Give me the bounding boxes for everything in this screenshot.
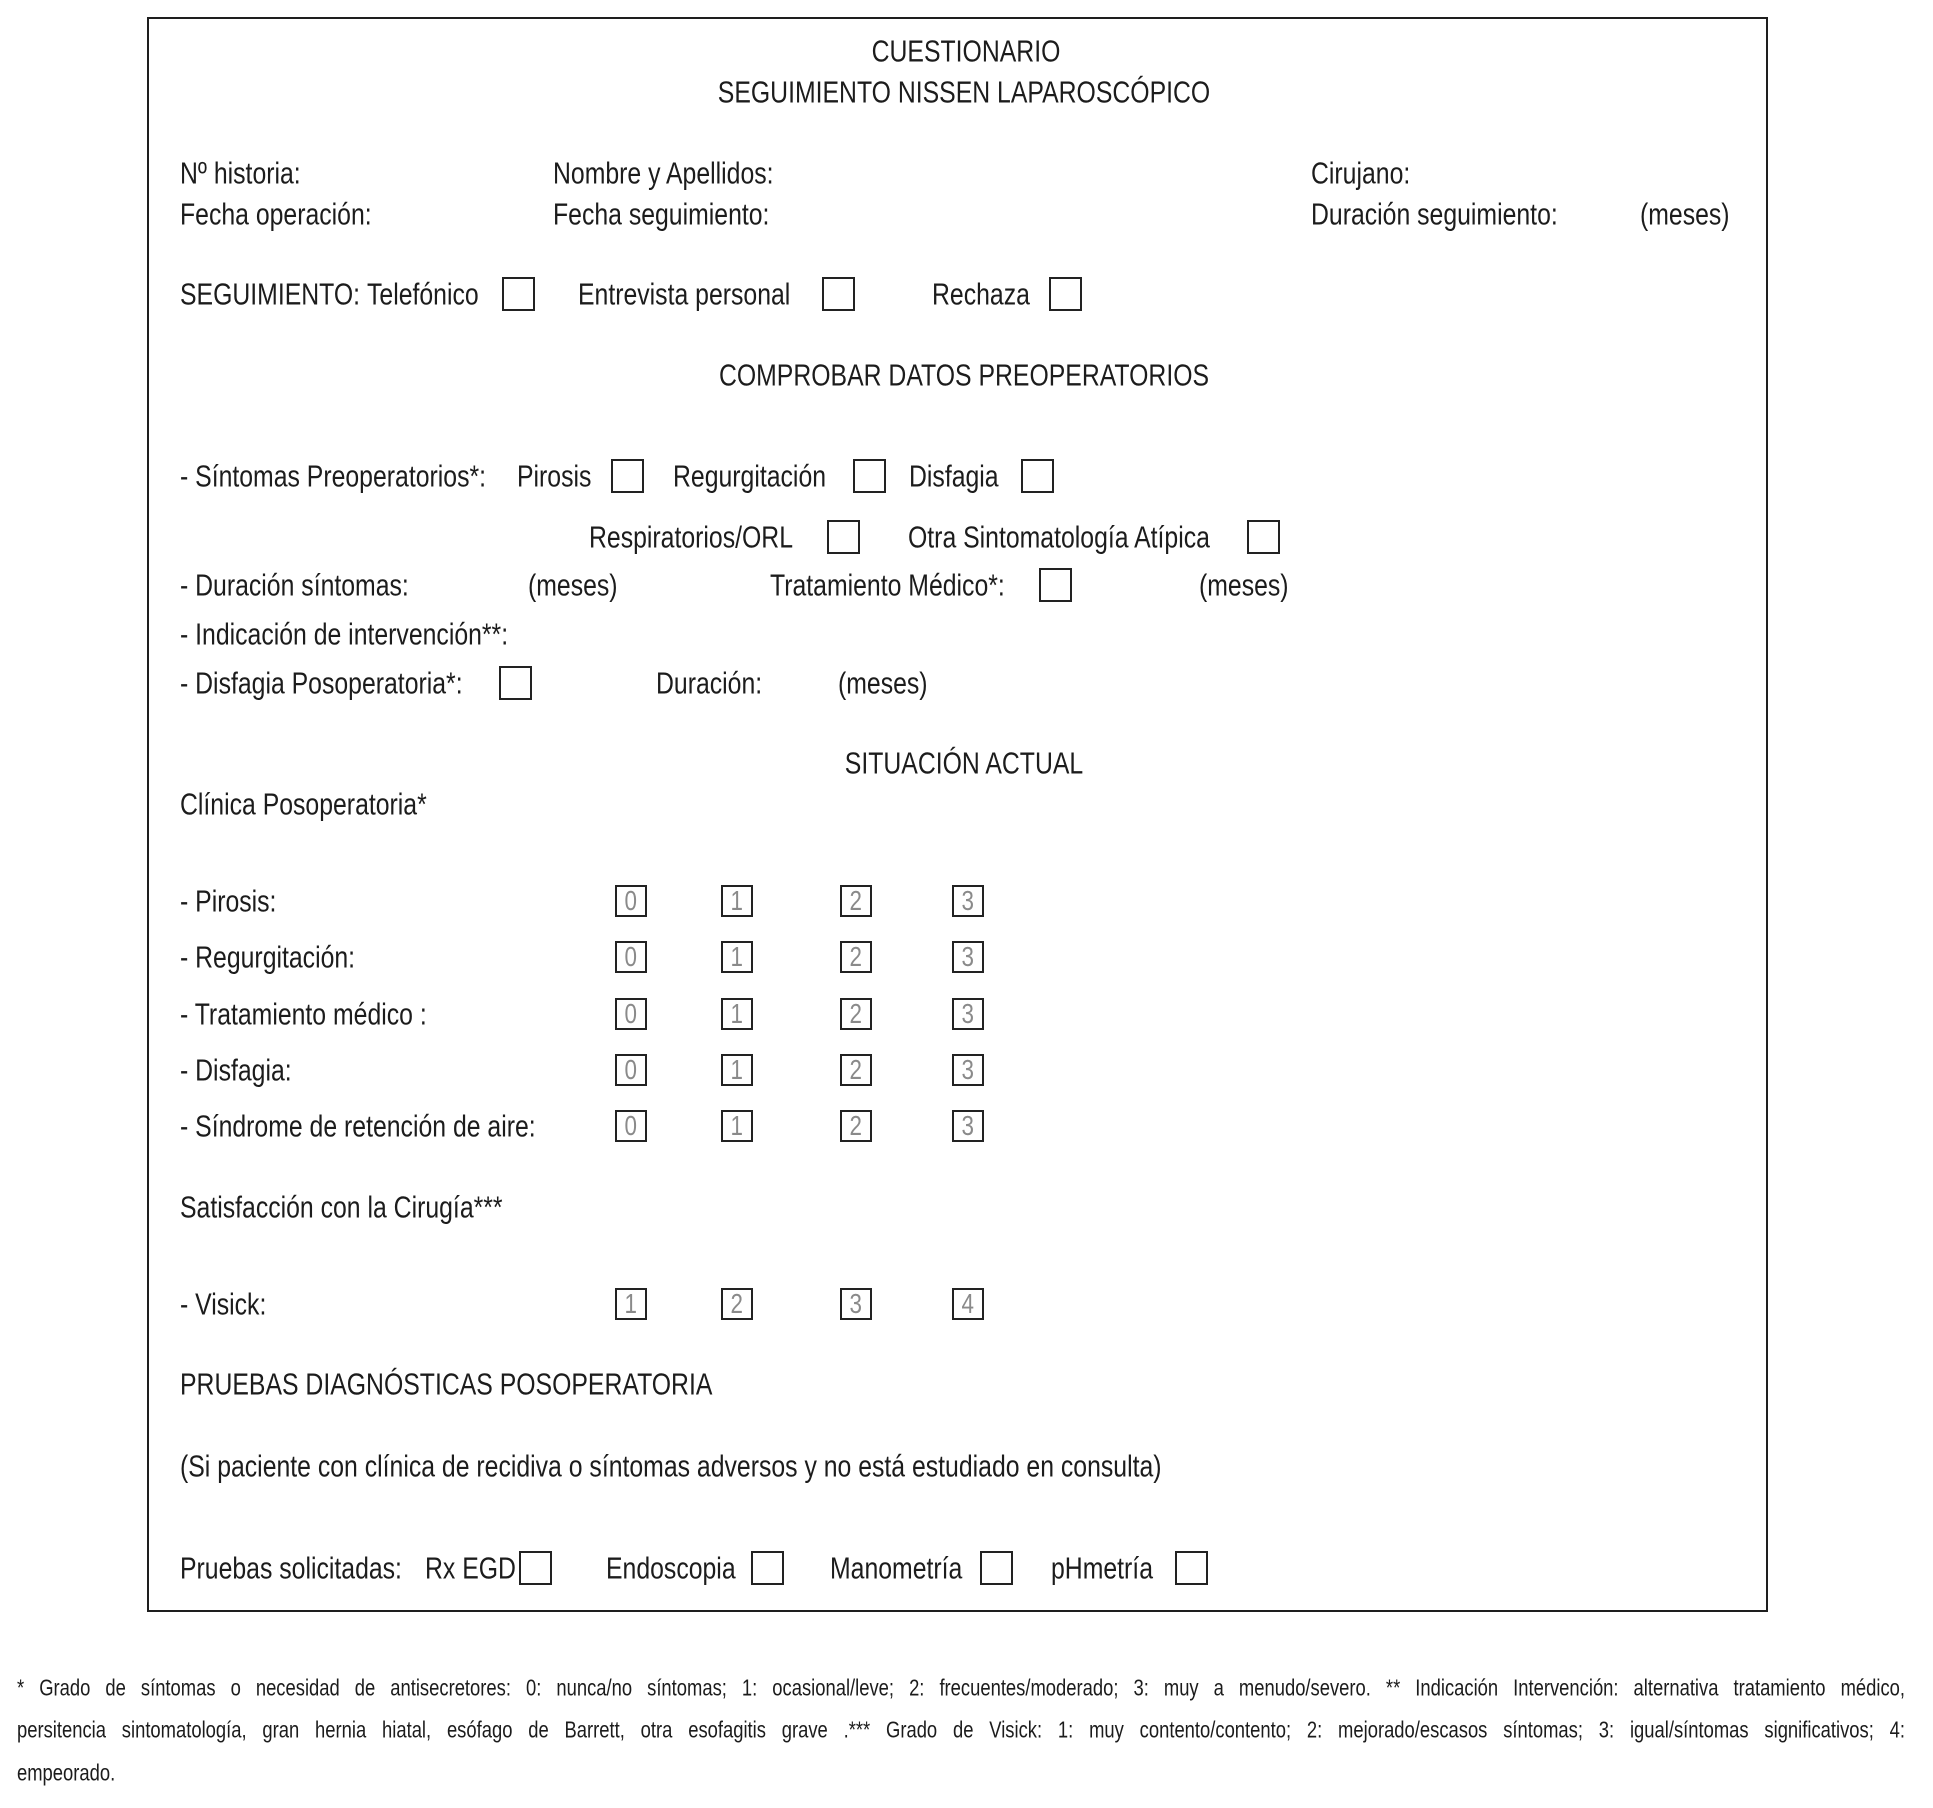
- telefonico-checkbox[interactable]: [502, 277, 535, 311]
- visick-option-box[interactable]: 1: [615, 1288, 647, 1320]
- fecha-operacion-label: Fecha operación:: [180, 199, 372, 230]
- visick-label: - Visick:: [180, 1289, 266, 1320]
- score-option-box[interactable]: 0: [615, 1110, 647, 1142]
- score-option-value: 2: [850, 1056, 862, 1084]
- sintomas-preop-label: - Síntomas Preoperatorios*:: [180, 461, 486, 492]
- score-option-box[interactable]: 0: [615, 998, 647, 1030]
- score-option-box[interactable]: 3: [952, 885, 984, 917]
- form-subtitle: SEGUIMIENTO NISSEN LAPAROSCÓPICO: [718, 77, 1210, 108]
- score-option-box[interactable]: 1: [721, 1054, 753, 1086]
- duracion-sintomas-units: (meses): [528, 570, 618, 601]
- footnote-line-1: * Grado de síntomas o necesidad de antis…: [17, 1677, 1905, 1700]
- score-option-value: 3: [962, 1112, 974, 1140]
- entrevista-label: Entrevista personal: [578, 279, 790, 310]
- score-option-box[interactable]: 3: [952, 1054, 984, 1086]
- seguimiento-label: SEGUIMIENTO:: [180, 279, 360, 310]
- visick-option-box[interactable]: 4: [952, 1288, 984, 1320]
- score-option-value: 1: [731, 1056, 743, 1084]
- score-option-box[interactable]: 2: [840, 1110, 872, 1142]
- score-option-box[interactable]: 2: [840, 941, 872, 973]
- pruebas-heading: PRUEBAS DIAGNÓSTICAS POSOPERATORIA: [180, 1369, 712, 1400]
- tratamiento-medico-label: Tratamiento Médico*:: [770, 570, 1005, 601]
- cirujano-label: Cirujano:: [1311, 158, 1410, 189]
- score-option-value: 2: [850, 1000, 862, 1028]
- score-row-label: - Síndrome de retención de aire:: [180, 1111, 536, 1142]
- pruebas-solicitadas-label: Pruebas solicitadas:: [180, 1553, 402, 1584]
- score-option-box[interactable]: 2: [840, 998, 872, 1030]
- score-option-value: 0: [625, 887, 637, 915]
- score-option-value: 3: [962, 1000, 974, 1028]
- score-option-value: 0: [625, 1112, 637, 1140]
- score-option-box[interactable]: 3: [952, 941, 984, 973]
- disfagia-posop-checkbox[interactable]: [499, 666, 532, 700]
- historia-label: Nº historia:: [180, 158, 301, 189]
- telefonico-label: Telefónico: [367, 279, 479, 310]
- score-option-box[interactable]: 0: [615, 941, 647, 973]
- score-option-box[interactable]: 1: [721, 885, 753, 917]
- endoscopia-checkbox[interactable]: [751, 1551, 784, 1585]
- duracion-units: (meses): [838, 668, 928, 699]
- atipica-checkbox[interactable]: [1247, 520, 1280, 554]
- preop-heading: COMPROBAR DATOS PREOPERATORIOS: [719, 360, 1209, 391]
- manometria-checkbox[interactable]: [980, 1551, 1013, 1585]
- score-option-box[interactable]: 0: [615, 1054, 647, 1086]
- score-option-box[interactable]: 2: [840, 885, 872, 917]
- visick-option-box[interactable]: 3: [840, 1288, 872, 1320]
- entrevista-checkbox[interactable]: [822, 277, 855, 311]
- score-option-value: 2: [850, 887, 862, 915]
- score-option-value: 0: [625, 1056, 637, 1084]
- phmetria-label: pHmetría: [1051, 1553, 1153, 1584]
- phmetria-checkbox[interactable]: [1175, 1551, 1208, 1585]
- duracion-seguimiento-label: Duración seguimiento:: [1311, 199, 1558, 230]
- regurgitacion-label: Regurgitación: [673, 461, 826, 492]
- score-option-value: 3: [962, 1056, 974, 1084]
- duracion-sintomas-label: - Duración síntomas:: [180, 570, 409, 601]
- score-option-box[interactable]: 1: [721, 998, 753, 1030]
- score-option-value: 1: [731, 887, 743, 915]
- score-option-value: 2: [850, 1112, 862, 1140]
- score-option-value: 0: [625, 943, 637, 971]
- situacion-heading: SITUACIÓN ACTUAL: [845, 748, 1083, 779]
- satisfaccion-heading: Satisfacción con la Cirugía***: [180, 1192, 503, 1223]
- respiratorios-checkbox[interactable]: [827, 520, 860, 554]
- visick-option-value: 2: [731, 1290, 743, 1318]
- score-option-box[interactable]: 3: [952, 1110, 984, 1142]
- score-option-box[interactable]: 1: [721, 1110, 753, 1142]
- score-row-label: - Regurgitación:: [180, 942, 355, 973]
- score-option-value: 3: [962, 943, 974, 971]
- rx-egd-label: Rx EGD: [425, 1553, 516, 1584]
- pirosis-label: Pirosis: [517, 461, 591, 492]
- duracion-seguimiento-units: (meses): [1640, 199, 1730, 230]
- score-option-box[interactable]: 1: [721, 941, 753, 973]
- disfagia-label: Disfagia: [909, 461, 999, 492]
- clinica-heading: Clínica Posoperatoria*: [180, 789, 427, 820]
- visick-option-box[interactable]: 2: [721, 1288, 753, 1320]
- pirosis-checkbox[interactable]: [611, 459, 644, 493]
- indicacion-label: - Indicación de intervención**:: [180, 619, 508, 650]
- rechaza-checkbox[interactable]: [1049, 277, 1082, 311]
- visick-option-value: 3: [850, 1290, 862, 1318]
- visick-option-value: 4: [962, 1290, 974, 1318]
- endoscopia-label: Endoscopia: [606, 1553, 736, 1584]
- score-option-value: 1: [731, 1112, 743, 1140]
- atipica-label: Otra Sintomatología Atípica: [908, 522, 1210, 553]
- rx-egd-checkbox[interactable]: [519, 1551, 552, 1585]
- nombre-label: Nombre y Apellidos:: [553, 158, 774, 189]
- pruebas-note: (Si paciente con clínica de recidiva o s…: [180, 1451, 1162, 1482]
- rechaza-label: Rechaza: [932, 279, 1030, 310]
- score-option-box[interactable]: 0: [615, 885, 647, 917]
- score-option-box[interactable]: 3: [952, 998, 984, 1030]
- score-option-value: 3: [962, 887, 974, 915]
- footnote-line-3: empeorado.: [17, 1762, 115, 1785]
- score-option-value: 1: [731, 943, 743, 971]
- score-option-value: 2: [850, 943, 862, 971]
- manometria-label: Manometría: [830, 1553, 962, 1584]
- score-row-label: - Tratamiento médico :: [180, 999, 427, 1030]
- form-title: CUESTIONARIO: [872, 36, 1061, 67]
- footnote-line-2: persitencia sintomatología, gran hernia …: [17, 1719, 1905, 1742]
- fecha-seguimiento-label: Fecha seguimiento:: [553, 199, 769, 230]
- disfagia-posop-label: - Disfagia Posoperatoria*:: [180, 668, 463, 699]
- score-option-box[interactable]: 2: [840, 1054, 872, 1086]
- tratamiento-medico-units: (meses): [1199, 570, 1289, 601]
- regurgitacion-checkbox[interactable]: [853, 459, 886, 493]
- score-option-value: 0: [625, 1000, 637, 1028]
- duracion-label: Duración:: [656, 668, 762, 699]
- respiratorios-label: Respiratorios/ORL: [589, 522, 793, 553]
- score-row-label: - Pirosis:: [180, 886, 276, 917]
- disfagia-checkbox[interactable]: [1021, 459, 1054, 493]
- visick-option-value: 1: [625, 1290, 637, 1318]
- tratamiento-medico-checkbox[interactable]: [1039, 568, 1072, 602]
- score-row-label: - Disfagia:: [180, 1055, 292, 1086]
- score-option-value: 1: [731, 1000, 743, 1028]
